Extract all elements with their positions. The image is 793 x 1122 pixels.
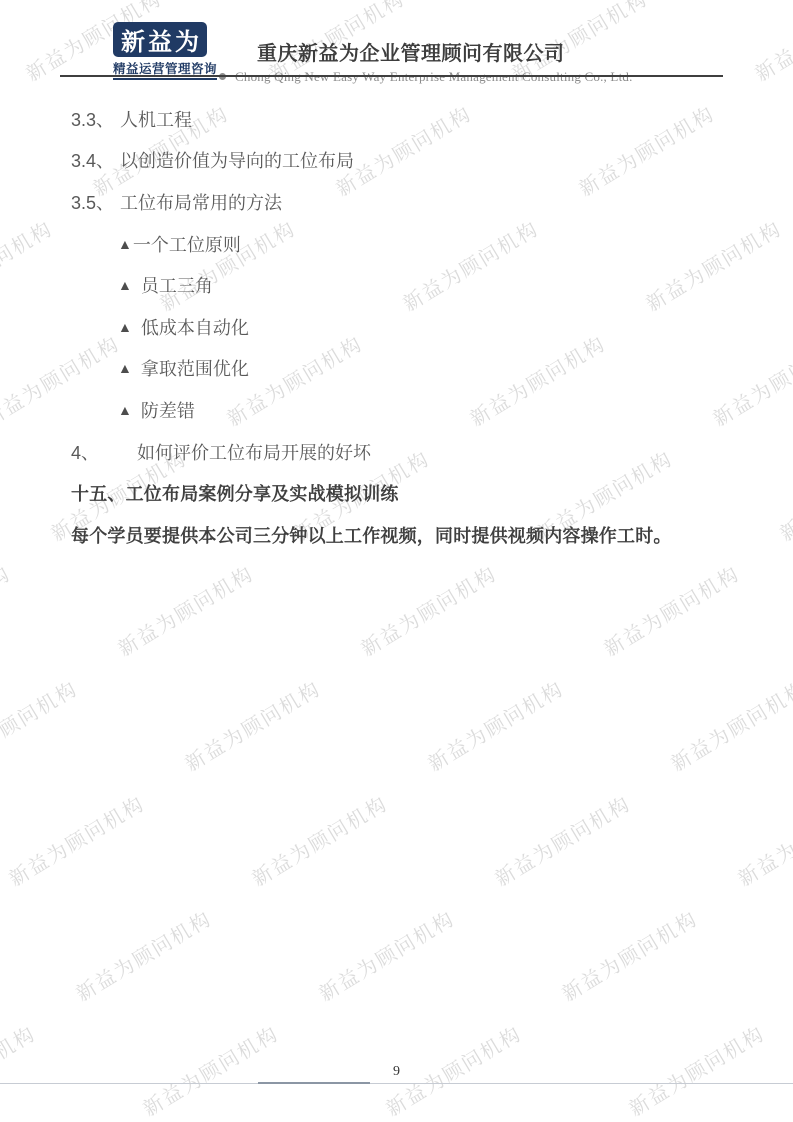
logo-mark: 新益为 bbox=[113, 22, 207, 57]
document-page: 新益为顾问机构新益为顾问机构新益为顾问机构新益为顾问机构新益为顾问机构新益为顾问… bbox=[0, 0, 793, 1122]
footer-divider bbox=[0, 1083, 793, 1084]
logo-main-text: 新益为 bbox=[121, 22, 202, 57]
header-divider bbox=[60, 75, 723, 77]
page-footer: 9 bbox=[0, 1062, 793, 1122]
page-number: 9 bbox=[0, 1064, 793, 1080]
company-name-block: 重庆新益为企业管理顾问有限公司 Chong Qing New Easy Way … bbox=[235, 37, 615, 85]
footer-divider-accent bbox=[258, 1082, 370, 1084]
company-name-en: Chong Qing New Easy Way Enterprise Manag… bbox=[235, 69, 615, 85]
company-name-cn: 重庆新益为企业管理顾问有限公司 bbox=[235, 37, 615, 66]
page-header: 新益为 精益运营管理咨询 重庆新益为企业管理顾问有限公司 Chong Qing … bbox=[0, 0, 793, 1122]
company-logo: 新益为 精益运营管理咨询 bbox=[113, 22, 226, 80]
